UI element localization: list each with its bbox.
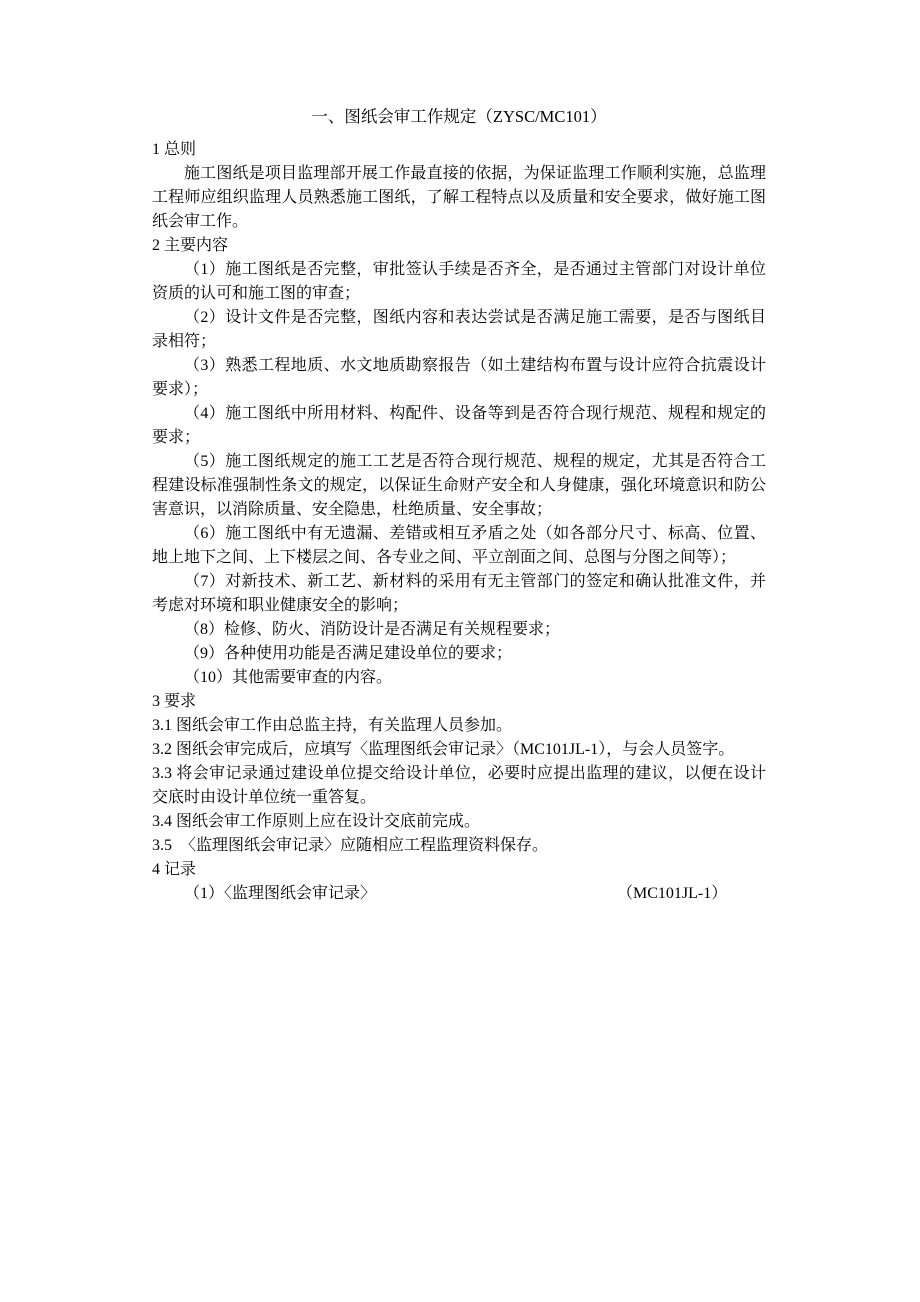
document-page: 一、图纸会审工作规定（ZYSC/MC101） 1 总则 施工图纸是项目监理部开展… [0,0,920,1302]
section-2-item-4: （4）施工图纸中所用材料、构配件、设备等到是否符合现行规范、规程和规定的要求； [152,402,766,450]
section-3-item-3: 3.3 将会审记录通过建设单位提交给设计单位，必要时应提出监理的建议，以便在设计… [152,762,766,810]
section-2-item-8: （8）检修、防火、消防设计是否满足有关规程要求； [152,618,766,642]
section-3-item-4: 3.4 图纸会审工作原则上应在设计交底前完成。 [152,810,766,834]
record-label: （1）〈监理图纸会审记录〉 [184,885,376,902]
section-2-heading: 2 主要内容 [152,234,766,258]
section-2-item-1: （1）施工图纸是否完整，审批签认手续是否齐全，是否通过主管部门对设计单位资质的认… [152,258,766,306]
document-content: 一、图纸会审工作规定（ZYSC/MC101） 1 总则 施工图纸是项目监理部开展… [152,102,766,906]
section-2-item-5: （5）施工图纸规定的施工工艺是否符合现行规范、规程的规定，尤其是否符合工程建设标… [152,450,766,522]
section-2-item-10: （10）其他需要审查的内容。 [152,666,766,690]
section-2-item-2: （2）设计文件是否完整，图纸内容和表达尝试是否满足施工需要，是否与图纸目录相符； [152,306,766,354]
section-1-paragraph: 施工图纸是项目监理部开展工作最直接的依据，为保证监理工作顺利实施，总监理工程师应… [152,162,766,234]
document-title: 一、图纸会审工作规定（ZYSC/MC101） [152,102,766,132]
section-3-heading: 3 要求 [152,690,766,714]
section-2-item-6: （6）施工图纸中有无遗漏、差错或相互矛盾之处（如各部分尺寸、标高、位置、地上地下… [152,522,766,570]
section-3-item-1: 3.1 图纸会审工作由总监主持，有关监理人员参加。 [152,714,766,738]
section-2-item-7: （7）对新技术、新工艺、新材料的采用有无主管部门的签定和确认批准文件，并考虑对环… [152,570,766,618]
section-3-item-5: 3.5 〈监理图纸会审记录〉应随相应工程监理资料保存。 [152,834,766,858]
section-3-item-2: 3.2 图纸会审完成后，应填写〈监理图纸会审记录〉（MC101JL-1），与会人… [152,738,766,762]
section-4-heading: 4 记录 [152,858,766,882]
record-code: （MC101JL-1） [617,882,727,906]
section-2-item-9: （9）各种使用功能是否满足建设单位的要求； [152,642,766,666]
section-2-item-3: （3）熟悉工程地质、水文地质勘察报告（如土建结构布置与设计应符合抗震设计要求）； [152,354,766,402]
record-row: （1）〈监理图纸会审记录〉 （MC101JL-1） [152,882,766,906]
section-1-heading: 1 总则 [152,138,766,162]
